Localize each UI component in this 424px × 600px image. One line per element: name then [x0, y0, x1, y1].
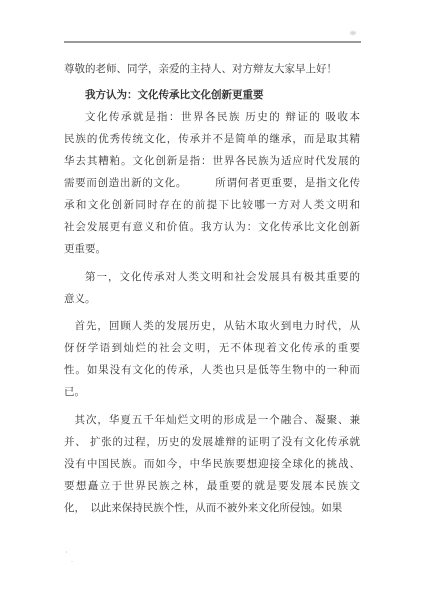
- text-line: 需要而创造出新的文化。 所谓何者更重要，是指文化传: [64, 173, 360, 195]
- document-body: 尊敬的老师、同学，亲爱的主持人、对方辩友大家早上好！我方认为：文化传承比文化创新…: [64, 59, 360, 520]
- text-line: 尊敬的老师、同学，亲爱的主持人、对方辩友大家早上好！: [64, 59, 360, 81]
- text-line: 伢伢学语到灿烂的社会文明，无不体现着文化传承的重要: [64, 338, 360, 360]
- text-line: 第一，文化传承对人类文明和社会发展具有极其重要的: [64, 267, 360, 289]
- text-line: 其次，华夏五千年灿烂文明的形成是一个融合、凝聚、兼: [64, 410, 360, 432]
- text-line: 要想矗立于世界民族之林，最重要的就是要发展本民族文: [64, 476, 360, 498]
- text-line: 没有中国民族。而如今，中华民族要想迎接全球化的挑战、: [64, 454, 360, 476]
- paragraph: 其次，华夏五千年灿烂文明的形成是一个融合、凝聚、兼并、 扩张的过程，历史的发展雄…: [64, 410, 360, 520]
- text-line: 并、 扩张的过程，历史的发展雄辩的证明了没有文化传承就: [64, 432, 360, 454]
- page-artifact-mark: ·: [65, 549, 68, 557]
- text-line: 文化传承就是指：世界各民族 历史的 辩证的 吸收本: [64, 107, 360, 129]
- header-rule-line: [64, 41, 361, 43]
- paragraph: 首先，回顾人类的发展历史，从钻木取火到电力时代，从伢伢学语到灿烂的社会文明，无不…: [64, 316, 360, 404]
- text-line: 民族的优秀传统文化，传承并不是简单的继承，而是取其精: [64, 129, 360, 151]
- paragraph: 我方认为：文化传承比文化创新更重要: [64, 85, 360, 107]
- paragraph: 文化传承就是指：世界各民族 历史的 辩证的 吸收本民族的优秀传统文化，传承并不是…: [64, 107, 360, 261]
- text-line: 更重要。: [64, 239, 360, 261]
- text-line: 化， 以此来保持民族个性，从而不被外来文化所侵蚀。如果: [64, 498, 360, 520]
- text-line: 性。如果没有文化的传承，人类也只是低等生物中的一种而: [64, 360, 360, 382]
- text-line: 社会发展更有意义和价值。我方认为：文化传承比文化创新: [64, 217, 360, 239]
- text-line: 华去其糟粕。文化创新是指：世界各民族为适应时代发展的: [64, 151, 360, 173]
- page-artifact-mark: .: [71, 556, 73, 564]
- paragraph: 尊敬的老师、同学，亲爱的主持人、对方辩友大家早上好！: [64, 59, 360, 81]
- text-line: 首先，回顾人类的发展历史，从钻木取火到电力时代，从: [64, 316, 360, 338]
- text-line: 承和文化创新同时存在的前提下比较哪一方对人类文明和: [64, 195, 360, 217]
- text-line: 意义。: [64, 289, 360, 311]
- scan-smudge: [350, 31, 356, 35]
- text-line: 我方认为：文化传承比文化创新更重要: [64, 85, 360, 107]
- document-page: 尊敬的老师、同学，亲爱的主持人、对方辩友大家早上好！我方认为：文化传承比文化创新…: [0, 0, 424, 600]
- paragraph: 第一，文化传承对人类文明和社会发展具有极其重要的意义。: [64, 267, 360, 311]
- text-line: 已。: [64, 382, 360, 404]
